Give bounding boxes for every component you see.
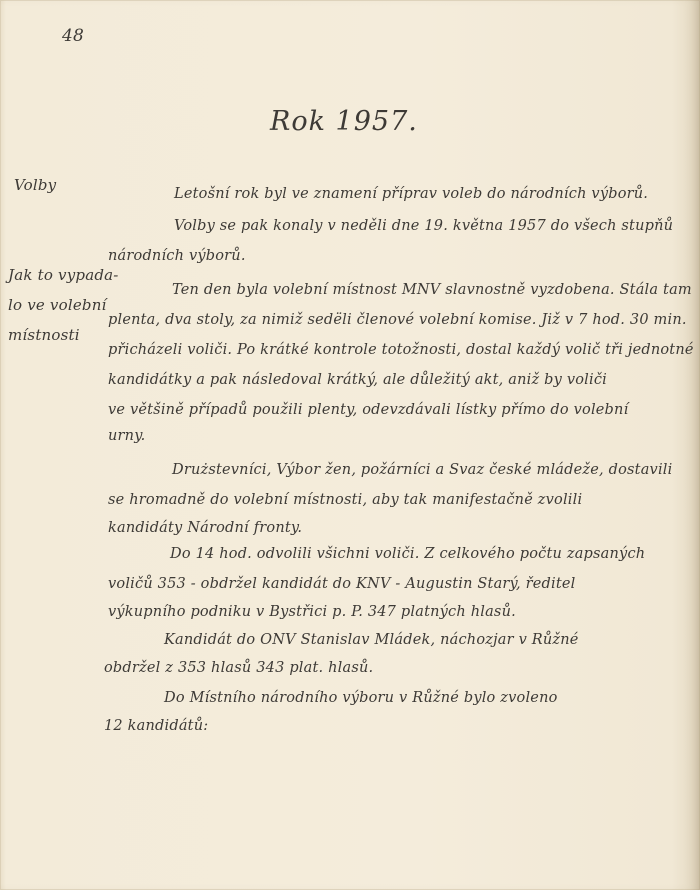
text-line: Do Místního národního výboru v Růžné byl… — [164, 690, 558, 706]
chronicle-page: 48 Rok 1957. Volby Jak to vypada- lo ve … — [0, 0, 700, 890]
text-line: přicházeli voliči. Po krátké kontrole to… — [108, 342, 694, 358]
text-line: Letošní rok byl ve znamení příprav voleb… — [174, 186, 648, 202]
text-line: ve většině případů použili plenty, odevz… — [108, 402, 628, 418]
margin-note-volby: Volby — [14, 176, 56, 194]
text-line: obdržel z 353 hlasů 343 plat. hlasů. — [104, 660, 373, 676]
text-line: se hromadně do volební místnosti, aby ta… — [108, 492, 582, 508]
text-line: kandidátky a pak následoval krátký, ale … — [108, 372, 607, 388]
text-line: Drużstevníci, Výbor žen, požárníci a Sva… — [172, 462, 672, 478]
text-line: Volby se pak konaly v neděli dne 19. kvě… — [174, 218, 673, 234]
text-line: plenta, dva stoly, za nimiž sedёli členo… — [108, 312, 687, 328]
margin-note-line-3: místnosti — [8, 326, 80, 344]
text-line: národních výborů. — [108, 248, 246, 264]
margin-note-line-2: lo ve volební — [8, 296, 107, 314]
text-line: voličů 353 - obdržel kandidát do KNV - A… — [108, 576, 576, 592]
text-line: kandidáty Národní fronty. — [108, 520, 302, 536]
text-line: 12 kandidátů: — [104, 718, 208, 734]
text-line: výkupního podniku v Bystřici p. P. 347 p… — [108, 604, 516, 620]
margin-note-line-1: Jak to vypada- — [8, 266, 119, 284]
page-number: 48 — [62, 26, 84, 46]
text-line: Kandidát do ONV Stanislav Mládek, náchoz… — [164, 632, 579, 648]
text-line: urny. — [108, 428, 145, 444]
page-title: Rok 1957. — [270, 106, 418, 137]
text-line: Do 14 hod. odvolili všichni voliči. Z ce… — [170, 546, 645, 562]
text-line: Ten den byla volební místnost MNV slavno… — [172, 282, 692, 298]
